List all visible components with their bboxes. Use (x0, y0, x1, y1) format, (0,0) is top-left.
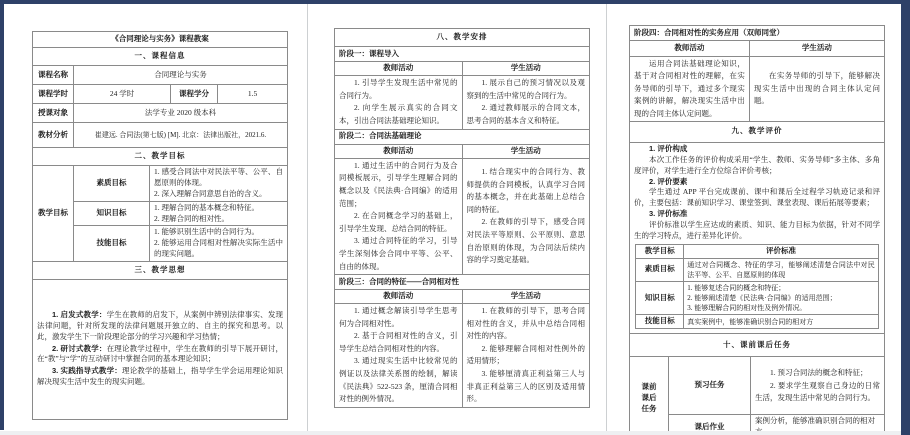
eval-lead: 1. 评价构成 (634, 144, 880, 155)
stage3-label: 阶段三：合同的特征——合同相对性 (335, 275, 590, 290)
student-activity-header: 学生活动 (462, 144, 590, 158)
table-row: 十、课前课后任务 (630, 334, 885, 357)
thought-paragraph: 2. 研讨式教学：在理论教学过程中，学生在教师的引导下展开研讨，在“教”与“学”… (37, 344, 283, 366)
objectives-group-label: 教学目标 (33, 166, 74, 262)
student-activity-header: 学生活动 (749, 41, 884, 57)
prep-task-text: 1. 预习合同法的概念和特征； 2. 要求学生观察自己身边的日常生活，发现生活中… (751, 357, 885, 415)
goal-header: 教学目标 (636, 244, 684, 258)
document-page-2[interactable]: 八、教学安排 阶段一：课程导入 教师活动 学生活动 1. 引导学生发现生活中常见… (308, 4, 607, 435)
document-pages-container: 《合同理论与实务》课程教案 一、课程信息 课程名称 合同理论与实务 课程学时 2… (4, 4, 901, 435)
eval-text: 评价标准以学生应达成的素质、知识、能力目标为依据，针对不同学生的学习特点，进行差… (634, 220, 880, 242)
teaching-schedule-table: 八、教学安排 阶段一：课程导入 教师活动 学生活动 1. 引导学生发现生活中常见… (334, 28, 590, 408)
stage4-label: 阶段四：合同相对性的实务应用（双师同堂） (630, 26, 885, 41)
quality-label: 素质目标 (636, 258, 684, 281)
table-row: 一、课程信息 (33, 48, 288, 66)
material-value: 崔建远. 合同法(第七版) [M]. 北京：法律出版社，2021.6. (74, 123, 288, 148)
eval-text: 本次工作任务的评价构成采用“学生、教师、实务导师”多主体、多角度评价，对学生进行… (634, 155, 880, 177)
table-row: 课前 课后 任务 预习任务 1. 预习合同法的概念和特征； 2. 要求学生观察自… (630, 357, 885, 415)
window-bottom-edge (0, 431, 901, 435)
student-activity-header: 学生活动 (462, 290, 590, 304)
table-row: 1. 通过生活中的合同行为及合同模板展示，引导学生理解合同的概念以及《民法典·合… (335, 158, 590, 274)
table-row: 1. 评价构成 本次工作任务的评价构成采用“学生、教师、实务导师”多主体、多角度… (630, 142, 885, 333)
table-row: 素质目标 通过对合同概念、特征的学习，能够阐述清楚合同法中对民法平等、公平、自愿… (636, 258, 879, 281)
table-row: 阶段一：课程导入 (335, 47, 590, 62)
stage4-student-activity: 在实务导师的引导下，能够解决现实生活中出现的合同主体认定问题。 (749, 57, 884, 122)
document-page-1[interactable]: 《合同理论与实务》课程教案 一、课程信息 课程名称 合同理论与实务 课程学时 2… (4, 4, 308, 435)
stage1-student-activity: 1. 展示自己的预习情况以及观察到的生活中常见的合同行为。 2. 通过教师展示的… (462, 75, 590, 129)
thought-lead: 2. 研讨式教学： (52, 344, 107, 353)
thought-lead: 1. 启发式教学： (52, 310, 107, 319)
knowledge-label: 知识目标 (636, 281, 684, 314)
tasks-group-label: 课前 课后 任务 (630, 357, 669, 435)
stage3-teacher-activity: 1. 通过概念解读引导学生思考何为合同相对性。 2. 基于合同相对性的含义，引导… (335, 303, 463, 407)
table-row: 八、教学安排 (335, 29, 590, 47)
tasks-table: 十、课前课后任务 课前 课后 任务 预习任务 1. 预习合同法的概念和特征； 2… (629, 333, 885, 435)
thought-lead: 3. 实践指导式教学： (52, 366, 122, 375)
table-row: 技能目标 真实案例中，能够准确识别合同的相对方 (636, 315, 879, 329)
window-frame-left (0, 0, 4, 430)
table-row: 教师活动 学生活动 (630, 41, 885, 57)
stage1-label: 阶段一：课程导入 (335, 47, 590, 62)
table-row: 教师活动 学生活动 (335, 144, 590, 158)
quality-goal-text: 1. 感受合同法中对民法平等、公平、自愿原则的体现。 2. 深入理解合同意思自治… (150, 166, 288, 202)
objectives-table: 教学目标 素质目标 1. 感受合同法中对民法平等、公平、自愿原则的体现。 2. … (32, 165, 288, 262)
skill-goal-text: 1. 能够识别生活中的合同行为。 2. 能够运用合同相对性解决实际生活中的现实问… (150, 226, 288, 262)
table-row: 阶段四：合同相对性的实务应用（双师同堂） (630, 26, 885, 41)
table-row: 课程学时 24 学时 课程学分 1.5 (33, 85, 288, 104)
audience-value: 法学专业 2020 级本科 (74, 104, 288, 123)
stage1-teacher-activity: 1. 引导学生发现生活中常见的合同行为。 2. 向学生展示真实的合同文本，引出合… (335, 75, 463, 129)
course-hours-label: 课程学时 (33, 85, 74, 104)
table-row: 运用合同法基础理论知识，基于对合同相对性的理解，在实务导师的引导下，通过多个现实… (630, 57, 885, 122)
audience-label: 授课对象 (33, 104, 74, 123)
table-row: 教师活动 学生活动 (335, 62, 590, 76)
table-row: 三、教学思想 (33, 262, 288, 280)
stage3-student-activity: 1. 在教师的引导下，思考合同相对性的含义，并从中总结合同相对性的内容。 2. … (462, 303, 590, 407)
table-row: 1. 引导学生发现生活中常见的合同行为。 2. 向学生展示真实的合同文本，引出合… (335, 75, 590, 129)
teaching-thoughts-text: 1. 启发式教学：学生在教师的启发下，从案例中辨别法律事实、发现法律问题，针对所… (33, 280, 288, 420)
teacher-activity-header: 教师活动 (335, 62, 463, 76)
eval-text: 学生通过 APP 平台完成课前、课中和课后全过程学习轨迹记录和评价，主要包括：课… (634, 187, 880, 209)
course-credit-label: 课程学分 (171, 85, 218, 104)
material-label: 教材分析 (33, 123, 74, 148)
window-frame-right (901, 0, 910, 435)
window-frame-top (0, 0, 910, 4)
teacher-activity-header: 教师活动 (630, 41, 750, 57)
course-credit-value: 1.5 (218, 85, 288, 104)
table-row: 课程名称 合同理论与实务 (33, 66, 288, 85)
table-row: 1. 通过概念解读引导学生思考何为合同相对性。 2. 基于合同相对性的含义，引导… (335, 303, 590, 407)
section-evaluation-title: 九、教学评价 (630, 121, 885, 142)
skill-label: 技能目标 (636, 315, 684, 329)
table-row: 二、教学目标 (33, 148, 288, 166)
knowledge-criteria: 1. 能够复述合同的概念和特征； 2. 能够阐述清楚《民法典·合同编》的适用范围… (684, 281, 879, 314)
criteria-header: 评价标准 (684, 244, 879, 258)
course-name-label: 课程名称 (33, 66, 74, 85)
table-row: 1. 启发式教学：学生在教师的启发下，从案例中辨别法律事实、发现法律问题，针对所… (33, 280, 288, 420)
table-row: 教师活动 学生活动 (335, 290, 590, 304)
table-row: 《合同理论与实务》课程教案 (33, 32, 288, 48)
course-name-value: 合同理论与实务 (74, 66, 288, 85)
teacher-activity-header: 教师活动 (335, 290, 463, 304)
evaluation-criteria-table: 教学目标 评价标准 素质目标 通过对合同概念、特征的学习，能够阐述清楚合同法中对… (635, 244, 879, 330)
doc-title: 《合同理论与实务》课程教案 (33, 32, 288, 48)
eval-lead: 3. 评价标准 (634, 209, 880, 220)
prep-task-label: 预习任务 (669, 357, 751, 415)
section-tasks-title: 十、课前课后任务 (630, 334, 885, 357)
skill-criteria: 真实案例中，能够准确识别合同的相对方 (684, 315, 879, 329)
table-row: 教材分析 崔建远. 合同法(第七版) [M]. 北京：法律出版社，2021.6. (33, 123, 288, 148)
table-row: 教学目标 评价标准 (636, 244, 879, 258)
document-page-3[interactable]: 阶段四：合同相对性的实务应用（双师同堂） 教师活动 学生活动 运用合同法基础理论… (607, 4, 901, 435)
section-schedule-title: 八、教学安排 (335, 29, 590, 47)
stage4-teacher-activity: 运用合同法基础理论知识，基于对合同相对性的理解，在实务导师的引导下，通过多个现实… (630, 57, 750, 122)
thought-paragraph: 1. 启发式教学：学生在教师的启发下，从案例中辨别法律事实、发现法律问题，针对所… (37, 310, 283, 343)
stage4-table: 阶段四：合同相对性的实务应用（双师同堂） 教师活动 学生活动 运用合同法基础理论… (629, 25, 885, 122)
student-activity-header: 学生活动 (462, 62, 590, 76)
stage2-teacher-activity: 1. 通过生活中的合同行为及合同模板展示，引导学生理解合同的概念以及《民法典·合… (335, 158, 463, 274)
teaching-thoughts-table: 三、教学思想 1. 启发式教学：学生在教师的启发下，从案例中辨别法律事实、发现法… (32, 261, 288, 420)
evaluation-table: 九、教学评价 1. 评价构成 本次工作任务的评价构成采用“学生、教师、实务导师”… (629, 121, 885, 334)
skill-goal-label: 技能目标 (74, 226, 150, 262)
knowledge-goal-label: 知识目标 (74, 201, 150, 226)
evaluation-content: 1. 评价构成 本次工作任务的评价构成采用“学生、教师、实务导师”多主体、多角度… (630, 142, 885, 333)
course-info-table: 《合同理论与实务》课程教案 一、课程信息 课程名称 合同理论与实务 课程学时 2… (32, 31, 288, 166)
table-row: 九、教学评价 (630, 121, 885, 142)
course-hours-value: 24 学时 (74, 85, 171, 104)
quality-goal-label: 素质目标 (74, 166, 150, 202)
thought-paragraph: 3. 实践指导式教学：理论教学的基础上，指导学生学会运用理论知识解决现实生活中发… (37, 366, 283, 388)
table-row: 阶段三：合同的特征——合同相对性 (335, 275, 590, 290)
section-objectives-title: 二、教学目标 (33, 148, 288, 166)
table-row: 知识目标 1. 能够复述合同的概念和特征； 2. 能够阐述清楚《民法典·合同编》… (636, 281, 879, 314)
section-thoughts-title: 三、教学思想 (33, 262, 288, 280)
stage2-label: 阶段二：合同法基础理论 (335, 129, 590, 144)
table-row: 授课对象 法学专业 2020 级本科 (33, 104, 288, 123)
teacher-activity-header: 教师活动 (335, 144, 463, 158)
knowledge-goal-text: 1. 理解合同的基本概念和特征。 2. 理解合同的相对性。 (150, 201, 288, 226)
section-course-info-title: 一、课程信息 (33, 48, 288, 66)
eval-lead: 2. 评价要素 (634, 177, 880, 188)
quality-criteria: 通过对合同概念、特征的学习，能够阐述清楚合同法中对民法平等、公平、自愿原则的体现 (684, 258, 879, 281)
stage2-student-activity: 1. 结合现实中的合同行为、教师提供的合同模板，认真学习合同的基本概念，并在此基… (462, 158, 590, 274)
table-row: 阶段二：合同法基础理论 (335, 129, 590, 144)
table-row: 教学目标 素质目标 1. 感受合同法中对民法平等、公平、自愿原则的体现。 2. … (33, 166, 288, 202)
